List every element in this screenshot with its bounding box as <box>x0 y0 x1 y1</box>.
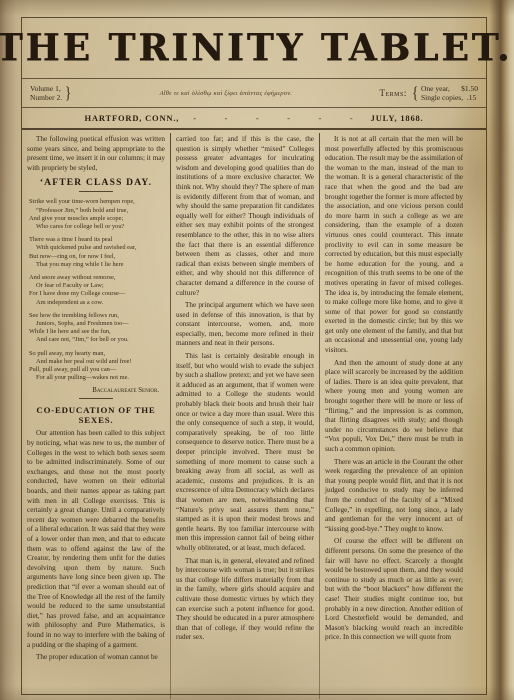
newspaper-sheet: THE TRINITY TABLET. Volume 1, Number 2. … <box>21 17 487 695</box>
article-paragraph: The proper education of woman cannot be <box>27 653 165 663</box>
divider-rule <box>79 191 113 192</box>
terms-block: Terms: { One year, $1.50 Single copies, … <box>379 83 478 103</box>
dateline-dashes: - - - - - - <box>193 113 356 123</box>
article-paragraph: The principal argument which we have see… <box>176 301 314 349</box>
poem-stanza: Strike well your time-worn hempen rope, … <box>29 198 165 231</box>
poem-stanza: So pull away, my hearty man, And make he… <box>29 350 165 383</box>
masthead: THE TRINITY TABLET. <box>22 18 486 78</box>
terms-brace: { <box>412 83 419 103</box>
terms-one-year: One year, $1.50 <box>421 84 478 93</box>
article-columns: The following poetical effusion was writ… <box>22 130 486 699</box>
article-paragraph: Our attention has been called to this su… <box>27 429 165 650</box>
dateline: HARTFORD, CONN., - - - - - - JULY, 1868. <box>22 108 486 128</box>
volume-label: Volume 1, <box>30 84 62 93</box>
article-paragraph: There was an article in the Courant the … <box>325 458 463 535</box>
article-paragraph: It is not at all certain that the men wi… <box>325 135 463 356</box>
terms-single-copies: Single copies, .15 <box>421 93 478 102</box>
poem-stanza: See how the trembling fellows run, Junio… <box>29 312 165 345</box>
column-right: It is not at all certain that the men wi… <box>320 133 468 699</box>
article-paragraph: carried too far; and if this is the case… <box>176 135 314 298</box>
greek-motto: Αἴθε τε καὶ ὀλίσθῳ καὶ ξίφει ἀπάντας ἐφή… <box>160 90 293 97</box>
issue-brace: } <box>65 83 72 103</box>
number-label: Number 2. <box>30 93 62 102</box>
poem: Strike well your time-worn hempen rope, … <box>29 198 165 382</box>
article-paragraph: That man is, in general, elevated and re… <box>176 557 314 643</box>
issue-info-row: Volume 1, Number 2. } Αἴθε τε καὶ ὀλίσθῳ… <box>22 79 486 107</box>
poem-stanza: There was a time I heard its peal With q… <box>29 236 165 269</box>
dateline-place: HARTFORD, CONN., <box>85 113 180 123</box>
intro-paragraph: The following poetical effusion was writ… <box>27 135 165 173</box>
article-paragraph: Of course the effect will be different o… <box>325 537 463 643</box>
poem-stanza: And snore away without remorse, Or fear … <box>29 274 165 307</box>
terms-label: Terms: <box>379 88 406 98</box>
poem-signature: Baccalaureate Senior. <box>27 387 165 394</box>
divider-rule <box>79 398 113 399</box>
column-middle: carried too far; and if this is the case… <box>171 133 319 699</box>
dateline-date: JULY, 1868. <box>371 113 424 123</box>
poem-title: ‘AFTER CLASS DAY. <box>27 178 165 188</box>
column-left: The following poetical effusion was writ… <box>22 133 170 699</box>
article-paragraph: This last is certainly desirable enough … <box>176 352 314 553</box>
issue-number-block: Volume 1, Number 2. } <box>30 83 72 103</box>
article-paragraph: And then the amount of study done at any… <box>325 359 463 455</box>
section-title: CO-EDUCATION OF THE SEXES. <box>27 405 165 425</box>
masthead-title: THE TRINITY TABLET. <box>0 26 512 70</box>
